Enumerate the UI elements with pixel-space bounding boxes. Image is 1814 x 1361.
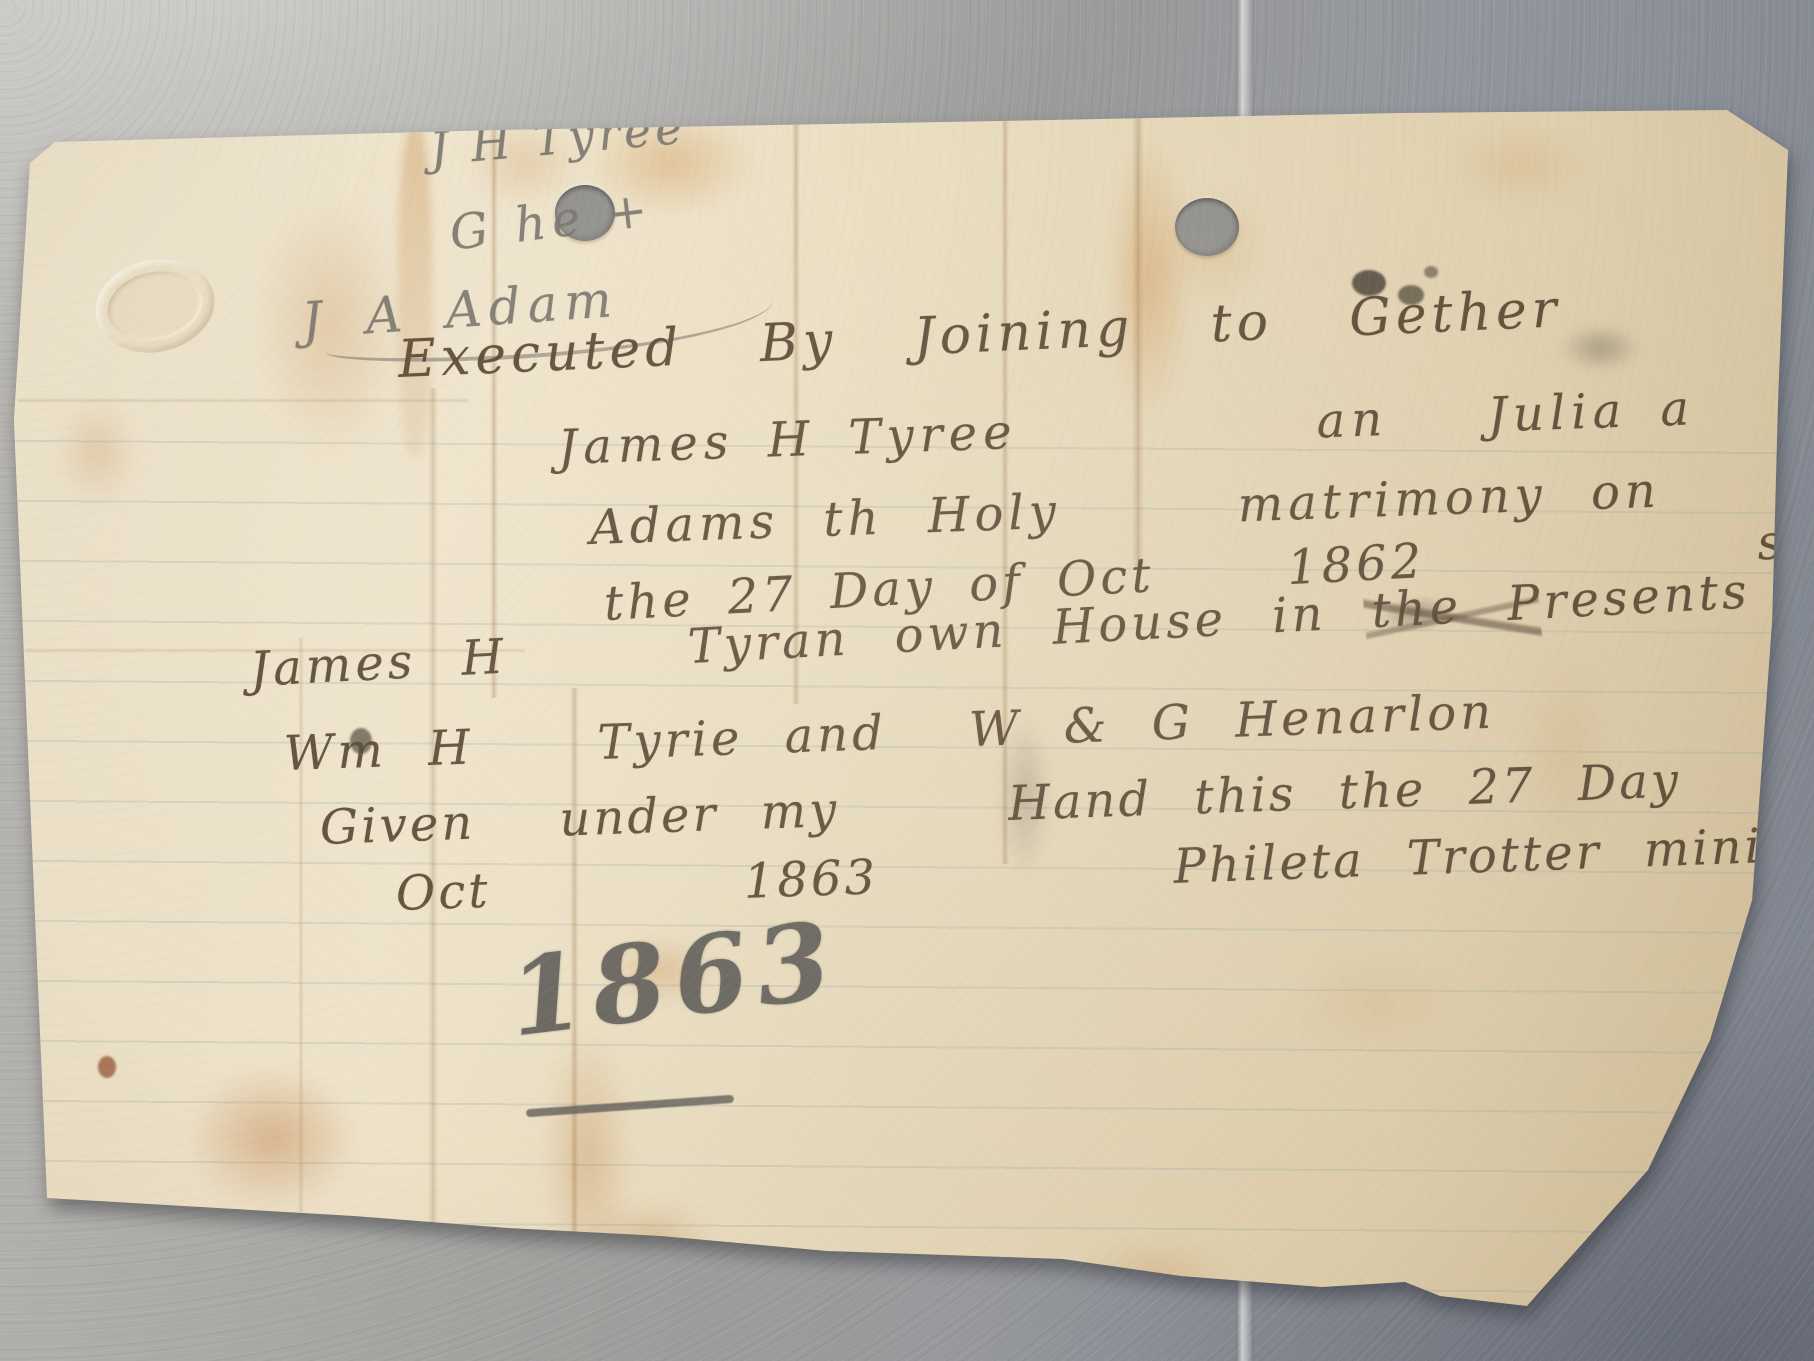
punch-hole-right <box>1175 198 1239 256</box>
photo-of-document: J H Tyree G he + J A Adam Executed By Jo… <box>0 0 1814 1361</box>
embossed-seal <box>87 249 224 364</box>
embossed-seal-ring <box>101 263 209 349</box>
stain-torn-edge <box>560 1183 740 1298</box>
fold-crease-h2 <box>18 398 468 403</box>
stain-bottom-left <box>155 1038 390 1238</box>
red-spot-left-edge <box>98 1056 116 1078</box>
paper-surface: J H Tyree G he + J A Adam Executed By Jo… <box>10 88 1790 1318</box>
stain-faint-right <box>1260 938 1490 1068</box>
stain-top-right <box>1420 108 1620 223</box>
stain-bottom-right <box>1050 1223 1260 1328</box>
ink-blot-3 <box>1424 266 1438 278</box>
paper-sheet: J H Tyree G he + J A Adam Executed By Jo… <box>10 88 1790 1318</box>
